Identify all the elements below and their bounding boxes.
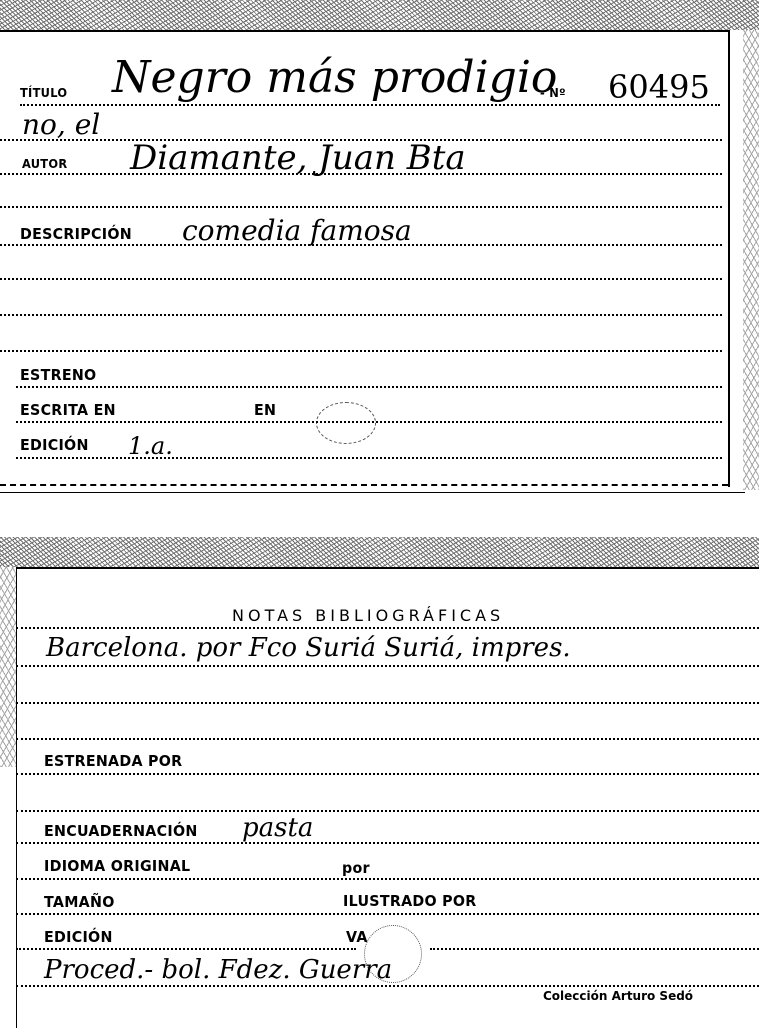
titulo-continuation: no, el <box>22 108 100 141</box>
notas-heading: NOTAS BIBLIOGRÁFICAS <box>232 606 504 625</box>
titulo-rule <box>20 104 720 106</box>
blank-rule <box>0 314 722 316</box>
blank-rule <box>16 702 759 704</box>
catalog-card-front: TÍTULO Negro más prodigio - Nº 60495 no,… <box>0 0 759 495</box>
blank-rule <box>0 206 722 208</box>
scan-edge-noise <box>0 537 759 567</box>
estrenada-por-label: ESTRENADA POR <box>44 752 182 770</box>
idioma-original-rule <box>16 878 759 880</box>
escrita-en-rule <box>16 421 722 423</box>
blank-rule <box>16 810 759 812</box>
heading-rule <box>16 627 759 629</box>
notas-rule <box>16 665 759 667</box>
blank-rule <box>16 738 759 740</box>
provenance-note: Proced.- bol. Fdez. Guerra <box>44 955 392 985</box>
descripcion-value: comedia famosa <box>182 214 412 247</box>
titulo-value: Negro más prodigio <box>112 52 557 103</box>
estrenada-por-rule <box>16 773 759 775</box>
tamano-label: TAMAÑO <box>44 893 115 911</box>
autor-label: AUTOR <box>22 157 67 171</box>
descripcion-label: DESCRIPCIÓN <box>20 225 132 243</box>
descripcion-rule <box>0 244 722 246</box>
card-bottom-rule <box>0 492 745 493</box>
estreno-rule <box>16 386 722 388</box>
blank-rule <box>0 350 722 352</box>
encuadernacion-label: ENCUADERNACIÓN <box>44 822 198 840</box>
bottom-dashed-rule <box>0 484 728 486</box>
edicion-back-label: EDICIÓN <box>44 928 113 946</box>
edicion-rule <box>16 948 356 950</box>
va-label: VA <box>346 928 368 946</box>
titulo-number-prefix: - Nº <box>540 86 566 100</box>
titulo-number: 60495 <box>608 68 710 106</box>
escrita-en-label: ESCRITA EN <box>20 401 116 419</box>
notas-value: Barcelona. por Fco Suriá Suriá, impres. <box>46 633 571 663</box>
edicion-value: 1.a. <box>128 432 173 460</box>
collection-footer: Colección Arturo Sedó <box>543 989 693 1003</box>
provenance-rule <box>16 985 759 987</box>
tamano-rule <box>16 913 759 915</box>
edicion-label: EDICIÓN <box>20 436 89 454</box>
edicion-rule <box>430 948 759 950</box>
encuadernacion-rule <box>16 842 759 844</box>
encuadernacion-value: pasta <box>242 813 313 843</box>
catalog-card-back: NOTAS BIBLIOGRÁFICAS Barcelona. por Fco … <box>0 537 759 1028</box>
por-label: por <box>342 859 370 877</box>
scan-edge-noise <box>0 0 759 30</box>
stamp-mark <box>316 402 376 444</box>
scan-edge-noise <box>0 567 16 767</box>
idioma-original-label: IDIOMA ORIGINAL <box>44 857 190 875</box>
estreno-label: ESTRENO <box>20 366 96 384</box>
ilustrado-por-label: ILUSTRADO POR <box>343 892 477 910</box>
autor-rule <box>0 173 722 175</box>
blank-rule <box>0 278 722 280</box>
autor-value: Diamante, Juan Bta <box>130 138 466 178</box>
edicion-rule <box>16 457 722 459</box>
en-label: EN <box>254 401 276 419</box>
scan-edge-noise <box>743 30 759 490</box>
titulo-label: TÍTULO <box>20 86 67 100</box>
